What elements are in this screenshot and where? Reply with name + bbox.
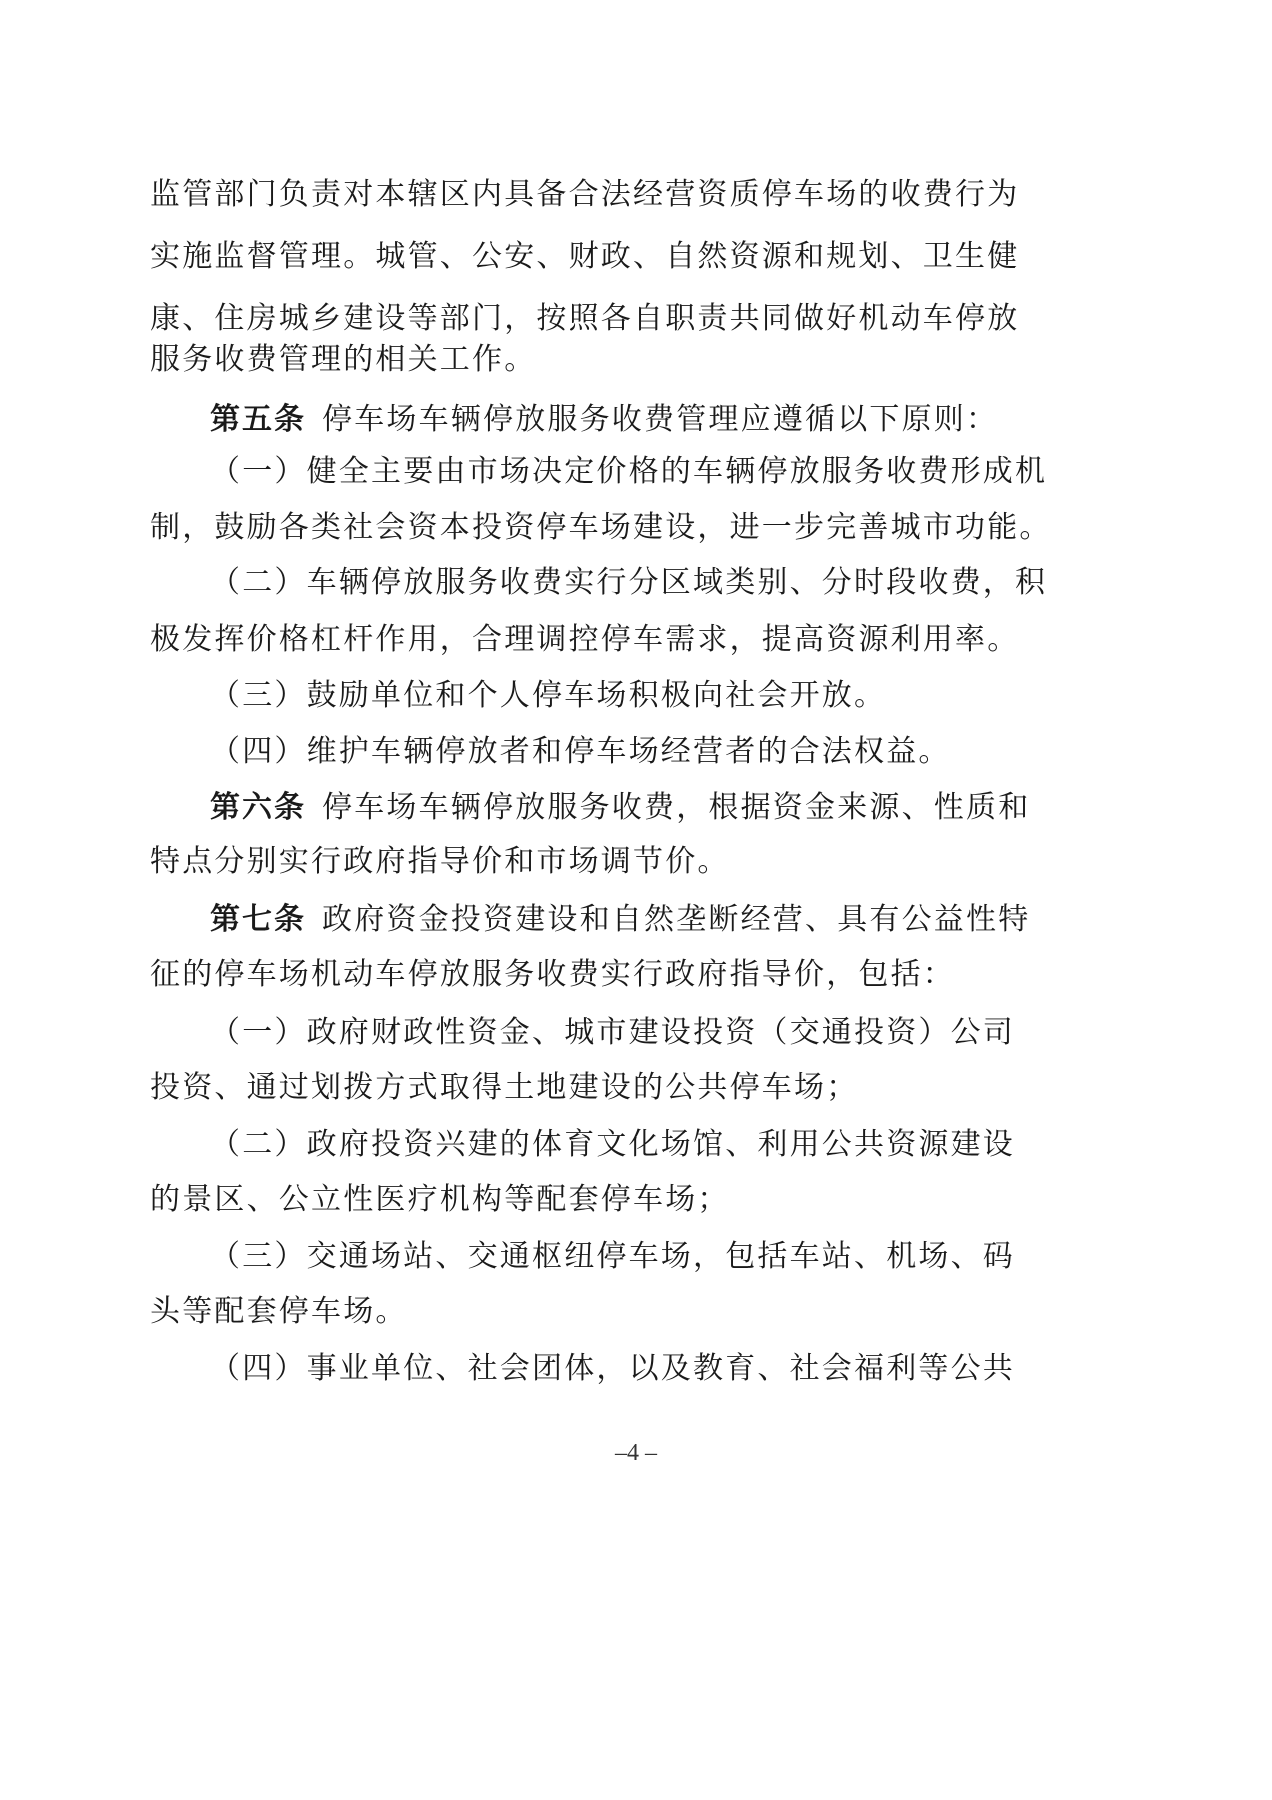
line-text: （三）鼓励单位和个人停车场积极向社会开放。: [210, 678, 886, 713]
line-text: 极发挥价格杠杆作用，合理调控停车需求，提高资源利用率。: [150, 622, 1019, 657]
article-7-heading-line: 第七条政府资金投资建设和自然垄断经营、具有公益性特: [210, 900, 962, 940]
line-text: （二）政府投资兴建的体育文化场馆、利用公共资源建设: [210, 1127, 1015, 1162]
line-text: （四）事业单位、社会团体，以及教育、社会福利等公共: [210, 1351, 1015, 1386]
line-text: 停车场车辆停放服务收费，根据资金来源、性质和: [322, 790, 1030, 825]
article-heading: 第六条: [210, 790, 306, 825]
paragraph-line: 制，鼓励各类社会资本投资停车场建设，进一步完善城市功能。: [150, 508, 962, 548]
line-text: （一）政府财政性资金、城市建设投资（交通投资）公司: [210, 1015, 1015, 1050]
line-text: 头等配套停车场。: [150, 1294, 408, 1329]
paragraph-line: 实施监督管理。城管、公安、财政、自然资源和规划、卫生健: [150, 237, 962, 277]
paragraph-line: 极发挥价格杠杆作用，合理调控停车需求，提高资源利用率。: [150, 620, 962, 660]
paragraph-line: （一）政府财政性资金、城市建设投资（交通投资）公司: [210, 1013, 962, 1053]
paragraph-line: （二）车辆停放服务收费实行分区域类别、分时段收费，积: [210, 563, 962, 603]
paragraph-line: （一）健全主要由市场决定价格的车辆停放服务收费形成机: [210, 452, 962, 492]
paragraph-line: 康、住房城乡建设等部门，按照各自职责共同做好机动车停放: [150, 299, 962, 339]
document-page: 监管部门负责对本辖区内具备合法经营资质停车场的收费行为 实施监督管理。城管、公安…: [0, 0, 1272, 1800]
article-heading: 第五条: [210, 402, 306, 437]
line-text: 投资、通过划拨方式取得土地建设的公共停车场；: [150, 1070, 858, 1105]
article-5-heading-line: 第五条停车场车辆停放服务收费管理应遵循以下原则：: [210, 400, 962, 440]
line-text: 特点分别实行政府指导价和市场调节价。: [150, 844, 730, 879]
line-text: 停车场车辆停放服务收费管理应遵循以下原则：: [322, 402, 998, 437]
paragraph-line: 征的停车场机动车停放服务收费实行政府指导价，包括：: [150, 955, 962, 995]
paragraph-line: （三）鼓励单位和个人停车场积极向社会开放。: [210, 676, 962, 716]
article-6-heading-line: 第六条停车场车辆停放服务收费，根据资金来源、性质和: [210, 788, 962, 828]
paragraph-line: 投资、通过划拨方式取得土地建设的公共停车场；: [150, 1068, 962, 1108]
paragraph-line: （二）政府投资兴建的体育文化场馆、利用公共资源建设: [210, 1125, 962, 1165]
line-text: 制，鼓励各类社会资本投资停车场建设，进一步完善城市功能。: [150, 510, 1052, 545]
paragraph-line: （四）事业单位、社会团体，以及教育、社会福利等公共: [210, 1349, 962, 1389]
paragraph-line: （四）维护车辆停放者和停车场经营者的合法权益。: [210, 732, 962, 772]
line-text: （四）维护车辆停放者和停车场经营者的合法权益。: [210, 734, 951, 769]
paragraph-line: 特点分别实行政府指导价和市场调节价。: [150, 842, 962, 882]
article-heading: 第七条: [210, 902, 306, 937]
paragraph-line: 监管部门负责对本辖区内具备合法经营资质停车场的收费行为: [150, 175, 962, 215]
page-number: –4 –: [0, 1440, 1272, 1467]
line-text: 征的停车场机动车停放服务收费实行政府指导价，包括：: [150, 957, 955, 992]
paragraph-line: （三）交通场站、交通枢纽停车场，包括车站、机场、码: [210, 1237, 962, 1277]
line-text: 实施监督管理。城管、公安、财政、自然资源和规划、卫生健: [150, 239, 1019, 274]
paragraph-line: 服务收费管理的相关工作。: [150, 340, 962, 380]
line-text: 的景区、公立性医疗机构等配套停车场；: [150, 1182, 730, 1217]
line-text: （三）交通场站、交通枢纽停车场，包括车站、机场、码: [210, 1239, 1015, 1274]
line-text: 服务收费管理的相关工作。: [150, 342, 536, 377]
paragraph-line: 的景区、公立性医疗机构等配套停车场；: [150, 1180, 962, 1220]
line-text: （二）车辆停放服务收费实行分区域类别、分时段收费，积: [210, 565, 1047, 600]
line-text: 康、住房城乡建设等部门，按照各自职责共同做好机动车停放: [150, 301, 1019, 336]
paragraph-line: 头等配套停车场。: [150, 1292, 962, 1332]
line-text: 政府资金投资建设和自然垄断经营、具有公益性特: [322, 902, 1030, 937]
line-text: 监管部门负责对本辖区内具备合法经营资质停车场的收费行为: [150, 177, 1019, 212]
line-text: （一）健全主要由市场决定价格的车辆停放服务收费形成机: [210, 454, 1047, 489]
